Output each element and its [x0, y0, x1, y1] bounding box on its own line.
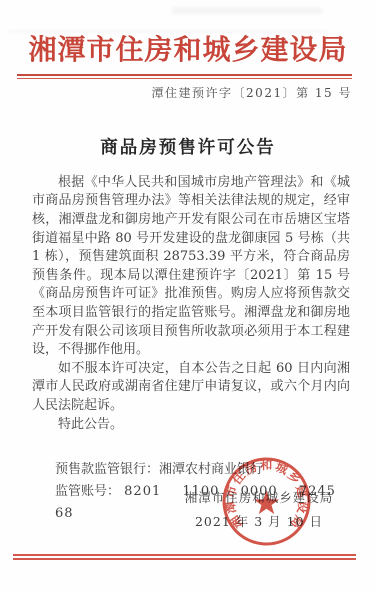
official-notice-page: 湘潭市住房和城乡建设局 潭住建预许字〔2021〕第 15 号 商品房预售许可公告… [0, 0, 376, 590]
escrow-bank-label: 预售款监管银行： [55, 462, 159, 477]
announcement-body: 根据《中华人民共和国城市房地产管理法》和《城市商品房预售管理办法》等相关法律法规… [32, 174, 350, 434]
seal-star-icon [254, 490, 279, 514]
body-paragraph-3: 特此公告。 [32, 416, 350, 435]
announcement-title: 商品房预售许可公告 [0, 134, 376, 159]
letterhead-divider [17, 74, 352, 79]
official-seal: 湘潭市住房和城乡建设局 [220, 455, 313, 548]
document-number: 潭住建预许字〔2021〕第 15 号 [0, 84, 352, 101]
body-paragraph-1: 根据《中华人民共和国城市房地产管理法》和《城市商品房预售管理办法》等相关法律法规… [32, 174, 350, 360]
body-paragraph-2: 如不服本许可决定，自本公告之日起 60 日内向湘潭市人民政府或湖南省住建厅申请复… [32, 360, 350, 416]
scan-artifact [8, 30, 328, 33]
escrow-account-label: 监管账号： [55, 484, 120, 499]
agency-letterhead-title: 湘潭市住房和城乡建设局 [18, 31, 358, 69]
scan-artifact [172, 7, 322, 14]
footer-divider [13, 554, 356, 560]
